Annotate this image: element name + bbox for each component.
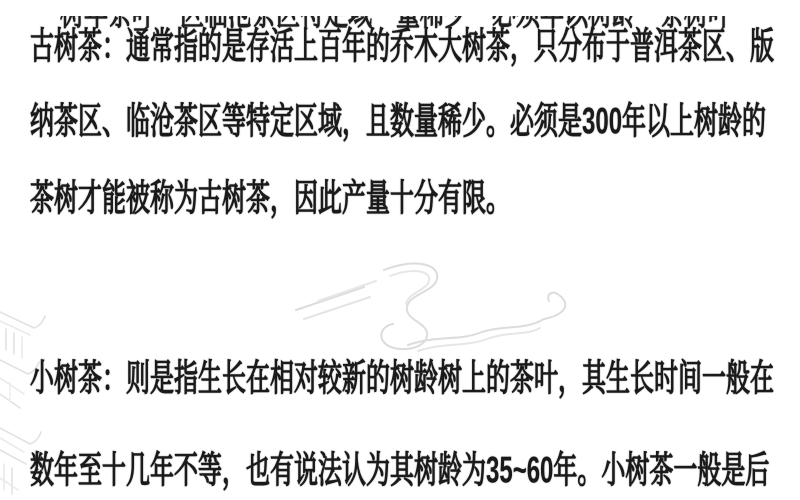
small-tree-tea-line-1: 小树茶：则是指生长在相对较新的树龄树上的茶叶，其生长时间一般在 xyxy=(30,361,774,398)
tea-text-page: 树年茶叶 区临沧茶区特定域 量稀少 必须年以树龄 茶树叶 古树茶：通常指的是存活… xyxy=(0,0,800,500)
ancient-tree-tea-line-1: 古树茶：通常指的是存活上百年的乔木大树茶，只分布于普洱茶区、版 xyxy=(30,29,774,66)
ancient-tree-tea-line-3: 茶树才能被称为古树茶，因此产量十分有限。 xyxy=(30,181,510,218)
small-tree-tea-line-2: 数年至十几年不等，也有说法认为其树龄为35~60年。小树茶一般是后 xyxy=(30,453,769,490)
cloud-swirl-watermark-icon xyxy=(288,256,583,358)
ancient-tree-tea-line-2: 纳茶区、临沧茶区等特定区域，且数量稀少。必须是300年以上树龄的 xyxy=(30,104,766,141)
